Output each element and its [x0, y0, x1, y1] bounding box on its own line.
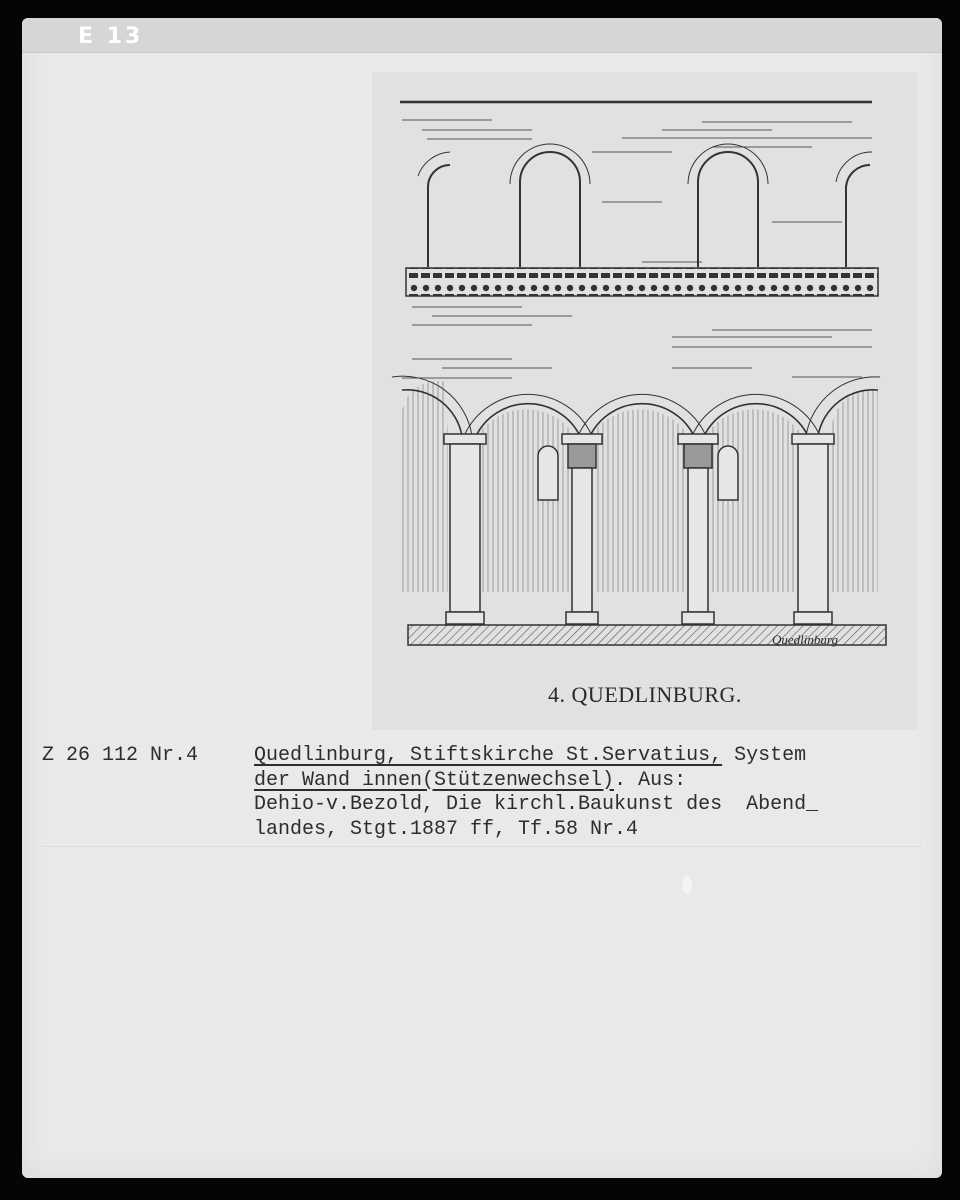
description-line-1-rest: System [722, 744, 806, 767]
architectural-drawing [372, 72, 918, 672]
faint-ruled-line [42, 846, 922, 847]
description-line-2-underlined: der Wand innen(Stützenwechsel) [254, 769, 614, 792]
card-id-label: E 13 [78, 24, 143, 49]
record-signature: Z 26 112 Nr.4 [42, 744, 198, 769]
illustration-plate: Quedlinburg 4. QUEDLINBURG. [372, 72, 918, 730]
index-card: E 13 [22, 18, 942, 1178]
record-description: Quedlinburg, Stiftskirche St.Servatius, … [254, 744, 818, 842]
description-line-4: landes, Stgt.1887 ff, Tf.58 Nr.4 [254, 818, 638, 841]
plate-caption: 4. QUEDLINBURG. [372, 682, 918, 708]
description-line-2-rest: . Aus: [614, 769, 686, 792]
film-speck [682, 876, 692, 894]
description-line-1-underlined: Quedlinburg, Stiftskirche St.Servatius, [254, 744, 722, 767]
card-header-strip: E 13 [22, 18, 942, 53]
description-line-3: Dehio-v.Bezold, Die kirchl.Baukunst des … [254, 793, 818, 816]
drawing-signature: Quedlinburg [772, 632, 838, 648]
